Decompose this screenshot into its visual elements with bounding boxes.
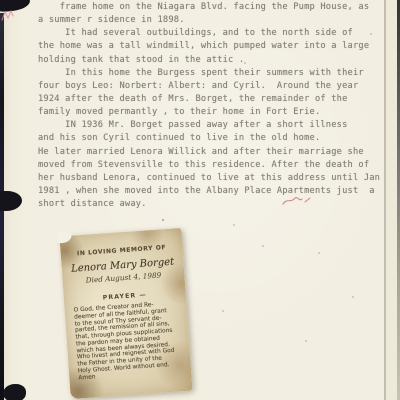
typed-line: 1981 , when she moved into the Albany Pl… [38, 185, 388, 198]
typed-line: short distance away. [38, 198, 388, 211]
typed-line: frame home on the Niagara Blvd. facing t… [38, 1, 388, 14]
paper-speck [244, 62, 246, 64]
typewritten-text-block: frame home on the Niagara Blvd. facing t… [38, 1, 388, 211]
typed-line: He later married Lenora Willick and afte… [38, 146, 388, 159]
hole-punch-mark-middle [0, 191, 22, 211]
paper-speck [262, 245, 264, 247]
prayer-text: O God, the Creator and Re-deemer of all … [73, 300, 182, 381]
typed-line: In this home the Burgess spent their sum… [38, 67, 388, 80]
typed-line: four boys Leo: Norbert: Albert: and Cyri… [38, 80, 388, 93]
typed-line: family moved permantly , to their home i… [38, 106, 388, 119]
paper-speck [162, 219, 164, 221]
typed-line: the home was a tall windmill, which pump… [38, 40, 388, 53]
hole-punch-mark-bottom [3, 384, 26, 400]
red-pencil-scribble [282, 195, 312, 207]
typed-line: a summer r sidence in 1898. [38, 14, 388, 27]
memorial-header: IN LOVING MEMORY OF [61, 243, 183, 258]
scanned-document-page: frame home on the Niagara Blvd. facing t… [0, 0, 400, 400]
typed-line: 1924 after the death of Mrs. Borget, the… [38, 93, 388, 106]
typed-line: IN 1936 Mr. Borget passed away after a s… [38, 119, 388, 132]
paper-speck [352, 296, 354, 298]
paper-speck [305, 340, 307, 342]
paper-speck [233, 224, 235, 226]
paper-speck [370, 33, 372, 35]
typed-line: holding tank that stood in the attic . [38, 54, 388, 67]
paper-speck [222, 310, 224, 312]
paper-speck [318, 252, 320, 254]
typed-line: moved from Stevensville to this residenc… [38, 159, 388, 172]
typed-line: her husband Lenora, continued to live at… [38, 172, 388, 185]
pink-pencil-mark [1, 8, 17, 22]
typed-line: and his son Cyril continued to live in t… [38, 132, 388, 145]
page-edge-band [386, 0, 398, 400]
memorial-prayer-card: IN LOVING MEMORY OF Lenora Mary Borget D… [59, 228, 192, 399]
typed-line: It had several outbuildings, and to the … [38, 27, 388, 40]
